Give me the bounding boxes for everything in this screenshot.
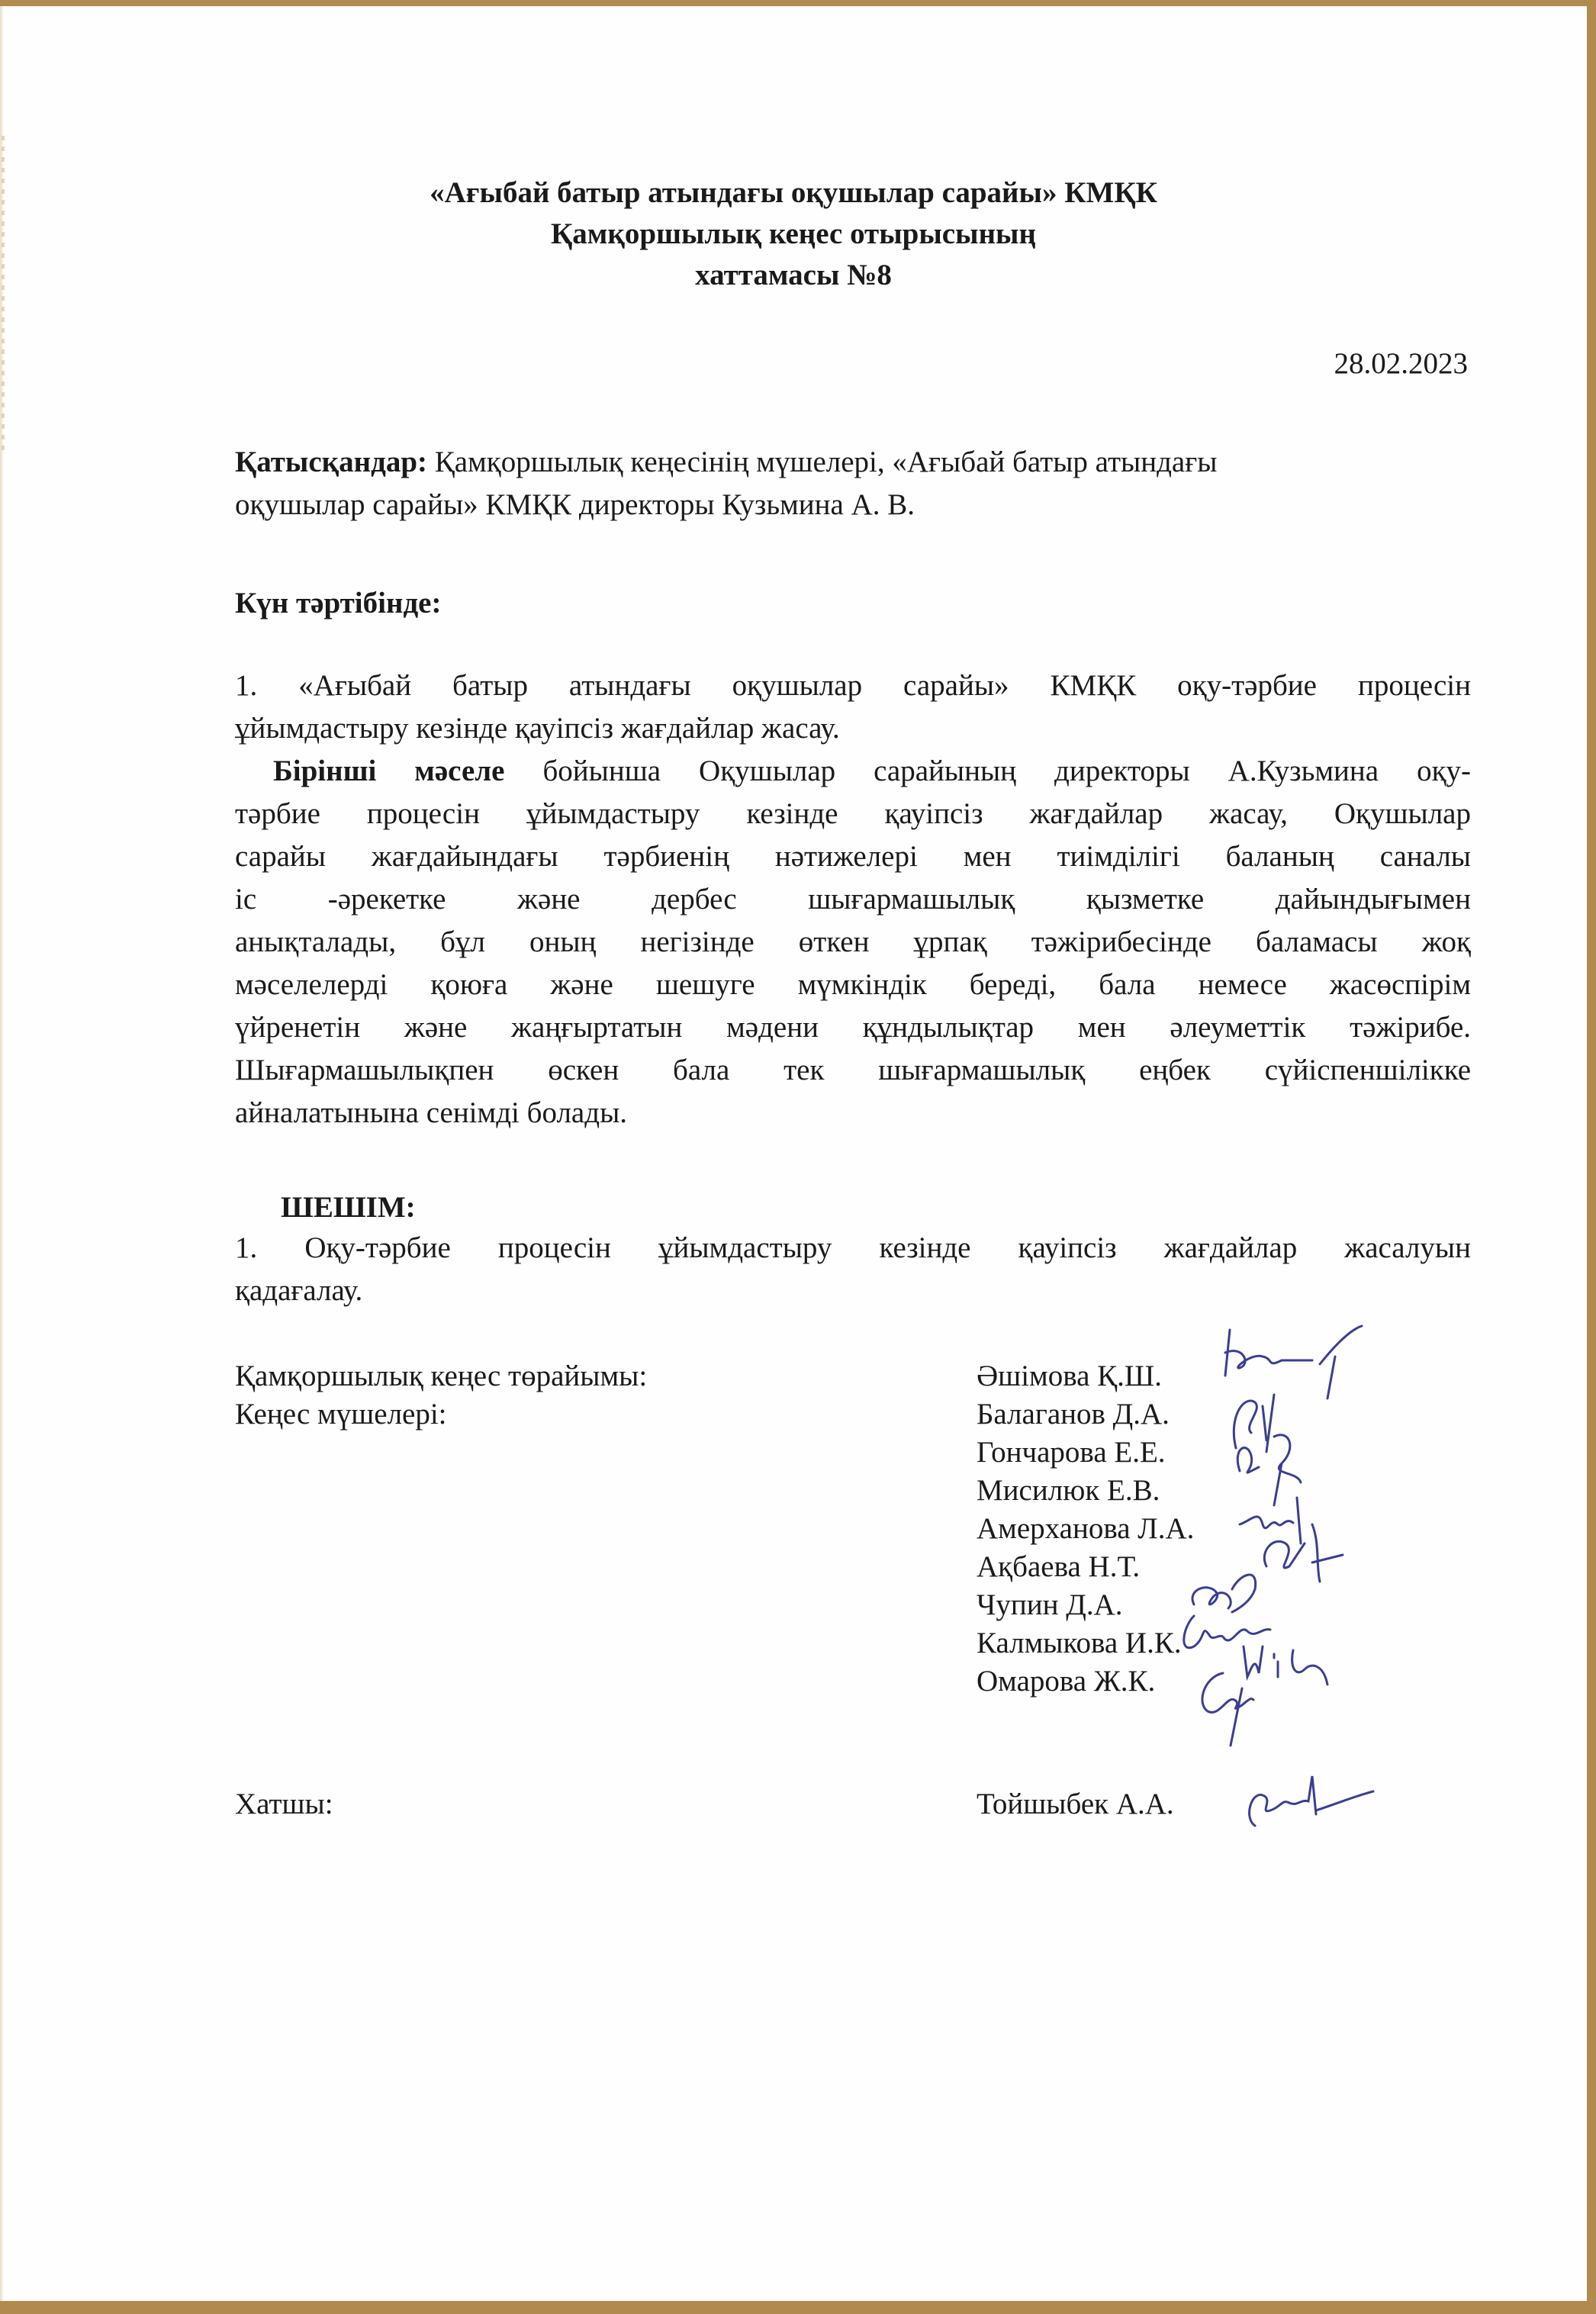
member-name: Амерханова Л.А. bbox=[977, 1510, 1194, 1548]
discussion-line-8: Шығармашылықпен өскен бала тек шығармашы… bbox=[235, 1049, 1471, 1092]
participants-line-1: Қатысқандар: Қамқоршылық кеңесінің мүшел… bbox=[235, 441, 1471, 484]
participants-label: Қатысқандар: bbox=[235, 446, 427, 478]
member-name: Чупин Д.А. bbox=[977, 1586, 1122, 1624]
decision-heading: ШЕШІМ: bbox=[281, 1186, 416, 1229]
agenda-item-1-line-1: 1. «Ағыбай батыр атындағы оқушылар сарай… bbox=[235, 665, 1471, 707]
discussion-lead: Бірінші мәселе bbox=[273, 755, 505, 787]
participants-line-2: оқушылар сарайы» КМҚК директоры Кузьмина… bbox=[235, 484, 1471, 526]
discussion-line-1: Бірінші мәселе бойынша Оқушылар сарайыны… bbox=[235, 750, 1471, 793]
chair-label: Қамқоршылық кеңес төрайымы: bbox=[235, 1357, 647, 1395]
document-page: «Ағыбай батыр атындағы оқушылар сарайы» … bbox=[0, 6, 1587, 2301]
decision-section: 1. Оқу-тәрбие процесін ұйымдастыру кезін… bbox=[235, 1227, 1471, 1312]
agenda-heading: Күн тәртібінде: bbox=[235, 582, 1471, 625]
chair-name: Әшімова Қ.Ш. bbox=[977, 1357, 1162, 1395]
discussion-line-4: іс -әрекетке және дербес шығармашылық қы… bbox=[235, 878, 1471, 921]
agenda-item-1-line-2: ұйымдастыру кезінде қауіпсіз жағдайлар ж… bbox=[235, 707, 1471, 750]
discussion-line-6: мәселелерді қоюға және шешуге мүмкіндік … bbox=[235, 964, 1471, 1006]
signature-mark-secretary bbox=[1240, 1772, 1377, 1833]
title-council-meeting: Қамқоршылық кеңес отырысының bbox=[0, 214, 1587, 255]
signature-mark-member bbox=[1196, 1666, 1273, 1749]
members-label: Кеңес мүшелері: bbox=[235, 1395, 447, 1434]
discussion-line-3: сарайы жағдайындағы тәрбиенің нәтижелері… bbox=[235, 835, 1471, 878]
participants-section: Қатысқандар: Қамқоршылық кеңесінің мүшел… bbox=[235, 441, 1471, 526]
discussion-line-2: тәрбие процесін ұйымдастыру кезінде қауі… bbox=[235, 793, 1471, 835]
member-name: Гончарова Е.Е. bbox=[977, 1434, 1166, 1472]
discussion-line-5: анықталады, бұл оның негізінде өткен ұрп… bbox=[235, 921, 1471, 964]
document-date: 28.02.2023 bbox=[1334, 346, 1469, 381]
agenda-and-discussion: 1. «Ағыбай батыр атындағы оқушылар сарай… bbox=[235, 665, 1471, 1134]
member-name: Ақбаева Н.Т. bbox=[977, 1548, 1140, 1586]
decision-item-1-line-2: қадағалау. bbox=[235, 1270, 1471, 1312]
title-protocol-number: хаттамасы №8 bbox=[0, 255, 1587, 296]
member-name: Калмыкова И.К. bbox=[977, 1624, 1182, 1662]
discussion-line-7: үйренетін және жаңғыртатын мәдени құндыл… bbox=[235, 1006, 1471, 1049]
document-title: «Ағыбай батыр атындағы оқушылар сарайы» … bbox=[0, 172, 1587, 296]
title-organization: «Ағыбай батыр атындағы оқушылар сарайы» … bbox=[0, 172, 1587, 214]
decision-item-1-line-1: 1. Оқу-тәрбие процесін ұйымдастыру кезін… bbox=[235, 1227, 1471, 1270]
secretary-label: Хатшы: bbox=[235, 1785, 333, 1823]
signature-mark-member bbox=[1259, 1521, 1350, 1589]
member-name: Мисилюк Е.В. bbox=[977, 1472, 1160, 1510]
discussion-line-9: айналатынына сенімді болады. bbox=[235, 1092, 1471, 1134]
member-name: Омарова Ж.К. bbox=[977, 1662, 1155, 1701]
member-name: Балаганов Д.А. bbox=[977, 1395, 1170, 1434]
secretary-name: Тойшыбек А.А. bbox=[977, 1785, 1174, 1823]
